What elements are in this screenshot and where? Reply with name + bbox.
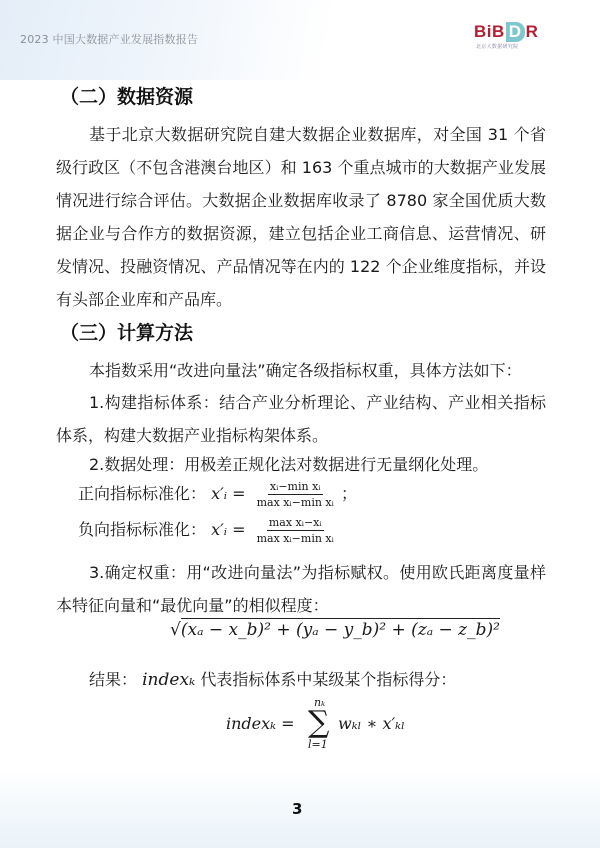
method-intro: 本指数采用“改进向量法”确定各级指标权重，具体方法如下： [89, 358, 522, 381]
negative-fraction: max xᵢ−xᵢ max xᵢ−min xᵢ [255, 516, 336, 545]
section-heading-data-resources: （二）数据资源 [60, 82, 193, 109]
result-line: 结果： indexₖ 代表指标体系中某级某个指标得分： [89, 667, 456, 690]
sqrt-symbol: √ [170, 620, 181, 640]
report-title: 2023 中国大数据产业发展指数报告 [20, 31, 198, 47]
logo-wordmark: BiBDR [474, 22, 538, 42]
index-sum-formula: indexₖ = nₖ ∑ l=1 wₖₗ ∗ x′ₖₗ [226, 698, 406, 758]
bibdr-logo: BiBDR 北京大数据研究院 [474, 22, 574, 52]
euclidean-distance-formula: √(xₐ − x_b)² + (yₐ − y_b)² + (zₐ − z_b)² [170, 620, 500, 640]
data-resources-paragraph: 基于北京大数据研究院自建大数据企业数据库，对全国 31 个省级行政区（不包含港澳… [56, 118, 546, 316]
page-number: 3 [292, 800, 302, 818]
positive-fraction: xᵢ−min xᵢ max xᵢ−min xᵢ [255, 480, 336, 509]
negative-label: 负向指标标准化： [78, 520, 206, 539]
positive-label: 正向指标标准化： [78, 484, 206, 503]
section-heading-method: （三）计算方法 [60, 318, 193, 345]
summation-icon: ∑ [308, 708, 329, 738]
logo-subtitle: 北京大数据研究院 [476, 43, 518, 50]
positive-normalization: 正向指标标准化： x′ᵢ = xᵢ−min xᵢ max xᵢ−min xᵢ ； [78, 480, 357, 509]
index-symbol: indexₖ [142, 670, 195, 690]
step-2-text: 2.数据处理：用极差正规化法对数据进行无量纲化处理。 [89, 452, 488, 475]
negative-lhs: x′ᵢ = [211, 520, 245, 539]
step-3-text: 3.确定权重：用“改进向量法”为指标赋权。使用欧氏距离度量样本特征向量和“最优向… [56, 556, 546, 622]
positive-lhs: x′ᵢ = [211, 484, 245, 503]
step-1-text: 1.构建指标体系：结合产业分析理论、产业结构、产业相关指标体系，构建大数据产业指… [56, 386, 546, 452]
negative-normalization: 负向指标标准化： x′ᵢ = max xᵢ−xᵢ max xᵢ−min xᵢ [78, 516, 336, 545]
